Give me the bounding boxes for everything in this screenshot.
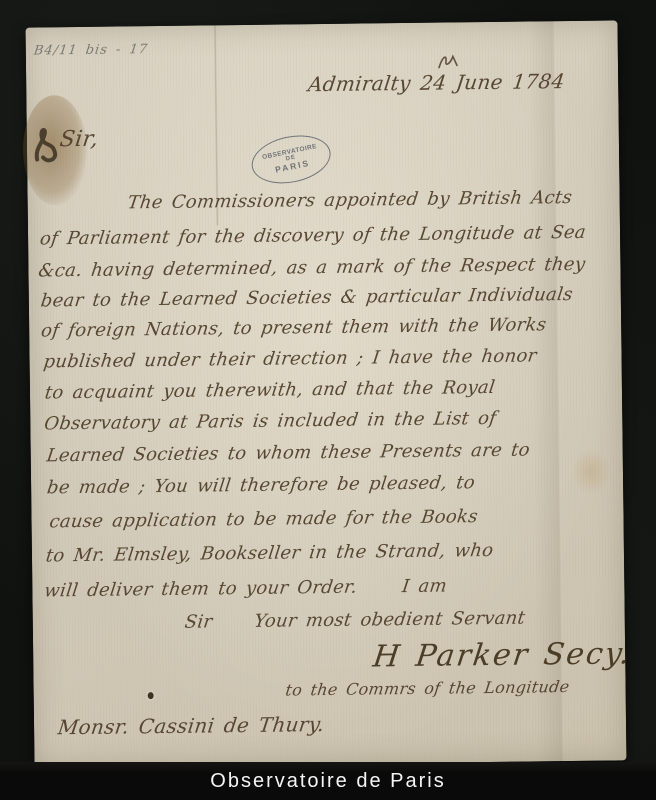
pen-flourish-icon bbox=[436, 52, 462, 70]
letter-line: Observatory at Paris is included in the … bbox=[43, 408, 498, 435]
archival-mark: B4/11 bis - 17 bbox=[33, 42, 149, 58]
letter-line: of foreign Nations, to present them with… bbox=[40, 314, 548, 341]
caption-bar: Observatoire de Paris bbox=[0, 762, 656, 800]
dateline: Admiralty 24 June 1784 bbox=[307, 69, 567, 96]
letter-line: &ca. having determined, as a mark of the… bbox=[37, 254, 587, 282]
letter-line: be made ; You will therefore be pleased,… bbox=[46, 472, 477, 498]
letter-line: to acquaint you therewith, and that the … bbox=[44, 377, 497, 404]
observatoire-stamp: OBSERVATOIRE DE PARIS bbox=[247, 129, 335, 190]
signature: H Parker Secy. bbox=[371, 636, 634, 674]
archive-photograph: B4/11 bis - 17 Admiralty 24 June 1784 Si… bbox=[0, 0, 656, 800]
letter-line: published under their direction ; I have… bbox=[42, 345, 538, 372]
letter-line: cause application to be made for the Boo… bbox=[48, 506, 479, 532]
closing-servant: Your most obedient Servant bbox=[253, 608, 526, 632]
caption-label: Observatoire de Paris bbox=[210, 770, 445, 793]
letter-page: B4/11 bis - 17 Admiralty 24 June 1784 Si… bbox=[26, 20, 627, 767]
letter-line: The Commissioners appointed by British A… bbox=[126, 187, 573, 213]
signature-title: to the Commrs of the Longitude bbox=[284, 677, 570, 699]
salutation: Sir, bbox=[58, 127, 100, 153]
letter-line: Learned Societies to whom these Presents… bbox=[45, 439, 531, 466]
letter-line: to Mr. Elmsley, Bookseller in the Strand… bbox=[45, 540, 495, 567]
closing-sir: Sir bbox=[183, 611, 213, 632]
stamp-line-bottom: PARIS bbox=[274, 157, 311, 174]
letter-line: of Parliament for the discovery of the L… bbox=[39, 222, 588, 250]
closing-line: Sir Your most obedient Servant bbox=[183, 608, 526, 633]
letter-line: will deliver them to your Order. I am bbox=[43, 576, 448, 602]
paper-hole bbox=[148, 692, 154, 699]
addressee: Monsr. Cassini de Thury. bbox=[57, 712, 326, 739]
paper-stain bbox=[571, 449, 612, 495]
letter-line: bear to the Learned Societies & particul… bbox=[39, 284, 574, 312]
